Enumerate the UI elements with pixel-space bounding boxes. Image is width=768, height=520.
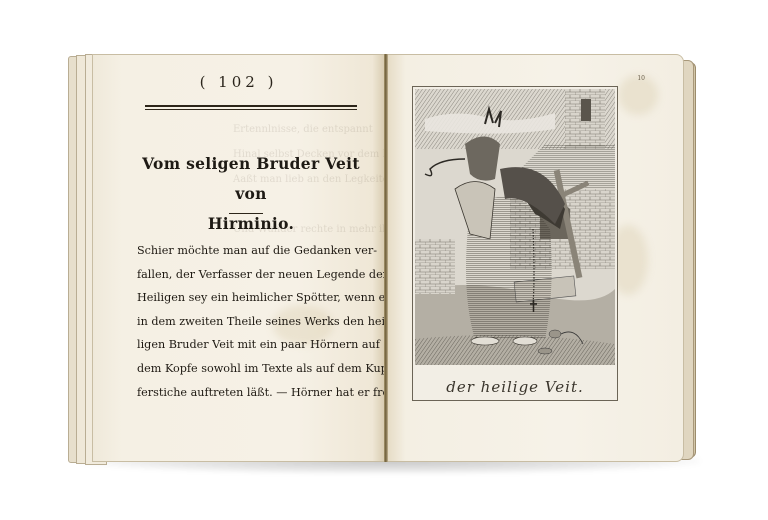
text-line: in dem zweiten Theile seines Werks den h… bbox=[137, 310, 377, 334]
engraving-image bbox=[415, 89, 615, 365]
plate-caption: der heilige Veit. bbox=[413, 378, 617, 396]
right-page: 10 bbox=[388, 54, 684, 462]
body-text: Schier möchte man auf die Gedanken ver- … bbox=[137, 239, 377, 404]
page-number: ( 102 ) bbox=[93, 73, 384, 91]
text-line: Schier möchte man auf die Gedanken ver- bbox=[137, 239, 377, 263]
heading-line: Vom seligen Bruder Veit von bbox=[133, 149, 369, 209]
plate-mark: 10 bbox=[637, 75, 645, 82]
left-page: Ertennlnisse, die entspanntHinal selbst … bbox=[92, 54, 384, 462]
monk-and-devil-engraving bbox=[415, 89, 615, 365]
header-rule bbox=[145, 109, 357, 110]
chapter-heading: Vom seligen Bruder Veit von Hirminio. bbox=[133, 149, 369, 239]
text-line: ferstiche auftreten läßt. — Hörner hat e… bbox=[137, 381, 377, 405]
engraving-plate: der heilige Veit. bbox=[412, 86, 618, 401]
book-photo: Ertennlnisse, die entspanntHinal selbst … bbox=[0, 0, 768, 520]
text-line: Heiligen sey ein heimlicher Spötter, wen… bbox=[137, 286, 377, 310]
header-rule bbox=[145, 105, 357, 107]
text-line: fallen, der Verfasser der neuen Legende … bbox=[137, 263, 377, 287]
text-line: dem Kopfe sowohl im Texte als auf dem Ku… bbox=[137, 357, 377, 381]
section-rule bbox=[229, 213, 263, 214]
text-line: ligen Bruder Veit mit ein paar Hörnern a… bbox=[137, 333, 377, 357]
